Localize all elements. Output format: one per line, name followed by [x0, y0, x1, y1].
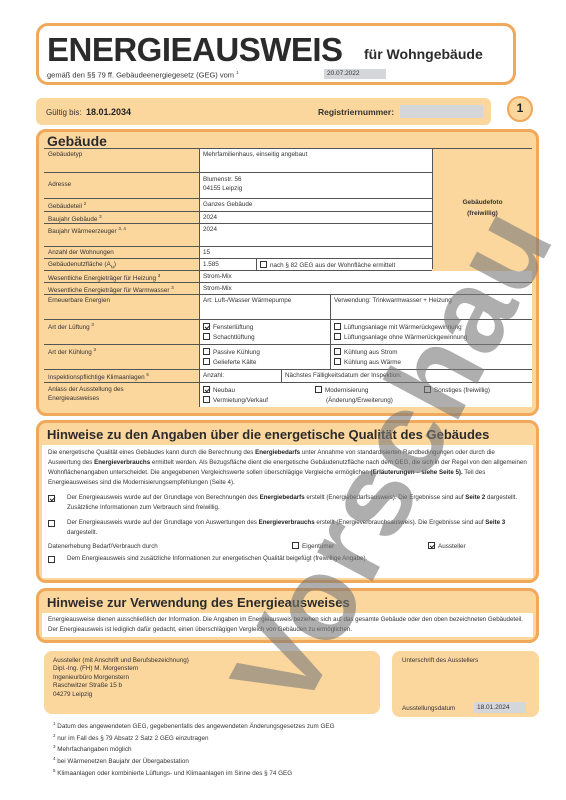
quality-hints-body: Die energetische Qualität eines Gebäudes… — [42, 445, 533, 578]
quality-hints-section: Hinweise zu den Angaben über die energet… — [36, 420, 539, 583]
law-reference: gemäß den §§ 79 ff. Gebäudeenergiegesetz… — [47, 70, 239, 80]
additional-info-checkbox[interactable] — [48, 556, 55, 563]
label-units: Anzahl der Wohnungen — [44, 247, 199, 258]
ventilation-with-recovery-option[interactable]: Lüftungsanlage mit Wärmerückgewinnung — [334, 323, 529, 333]
label-year-building: Baujahr Gebäude 3 — [44, 212, 199, 223]
document-title: ENERGIEAUSWEIS — [47, 31, 343, 69]
reason-new-building-option[interactable]: Neubau — [203, 386, 309, 396]
footnote: 2 nur im Fall des § 79 Absatz 2 Satz 2 G… — [53, 732, 335, 744]
reason-rent-sale-option[interactable]: Vermietung/Verkauf — [203, 396, 309, 406]
demand-certificate-option[interactable]: Der Energieausweis wurde auf der Grundla… — [48, 493, 527, 513]
value-year-generator[interactable]: 2024 — [199, 224, 432, 246]
label-ventilation: Art der Lüftung 3 — [44, 320, 199, 344]
issuer-line: Dipl.-Ing. (FH) M. Morgenstern — [53, 665, 371, 673]
signature-box[interactable]: Unterschrift des Ausstellers Ausstellung… — [392, 651, 539, 717]
ac-count-field[interactable]: Anzahl: — [199, 370, 281, 382]
label-address: Adresse — [44, 173, 199, 198]
valid-until-label: Gültig bis: — [46, 108, 82, 117]
value-carrier-water[interactable]: Strom-Mix — [199, 283, 532, 294]
label-building-type: Gebäudetyp — [44, 149, 199, 172]
value-year-building[interactable]: 2024 — [199, 212, 432, 223]
issuer-line: Ingenieurbüro Morgenstern — [53, 674, 371, 682]
value-carrier-heating[interactable]: Strom-Mix — [199, 271, 532, 282]
page-number-badge: 1 — [507, 96, 533, 122]
cooling-delivered-option[interactable]: Gelieferte Kälte — [203, 358, 327, 368]
issuer-line: Raschwitzer Straße 15 b — [53, 682, 371, 690]
building-section: Gebäude GebäudetypMehrfamilienhaus, eins… — [36, 129, 539, 416]
label-renewables: Erneuerbare Energien — [44, 295, 199, 319]
value-building-type[interactable]: Mehrfamilienhaus, einseitig angebaut — [199, 149, 432, 172]
value-building-part[interactable]: Ganzes Gebäude — [199, 199, 432, 211]
valid-until-value: 18.01.2034 — [86, 107, 131, 117]
building-photo-placeholder[interactable]: Gebäudefoto(freiwillig) — [432, 149, 532, 269]
consumption-certificate-option[interactable]: Der Energieausweis wurde auf der Grundla… — [48, 518, 527, 538]
issuer-label: Aussteller (mit Anschrift und Berufsbeze… — [53, 657, 371, 665]
issue-date-label: Ausstellungsdatum — [402, 705, 455, 712]
reason-other-option[interactable]: Sonstiges (freiwillig) — [424, 386, 529, 396]
label-usable-area: Gebäudenutzfläche (AN) — [44, 259, 199, 270]
label-carrier-heating: Wesentliche Energieträger für Heizung 3 — [44, 271, 199, 282]
ventilation-window-option[interactable]: Fensterlüftung — [203, 323, 327, 333]
label-issue-reason: Anlass der Ausstellung desEnergieausweis… — [44, 383, 199, 407]
ac-inspection-due-field[interactable]: Nächstes Fälligkeitsdatum der Inspektion… — [281, 370, 532, 382]
label-building-part: Gebäudeteil 2 — [44, 199, 199, 211]
value-units[interactable]: 15 — [199, 247, 432, 258]
cooling-heat-option[interactable]: Kühlung aus Wärme — [334, 358, 529, 368]
cooling-passive-option[interactable]: Passive Kühlung — [203, 348, 327, 358]
label-ac-systems: Inspektionspflichtige Klimaanlagen 5 — [44, 370, 199, 382]
law-date-field[interactable]: 20.07.2022 — [324, 69, 386, 79]
value-usable-area[interactable]: 1.585 — [199, 259, 256, 270]
footnote: 1 Datum des angewendeten GEG, gegebenenf… — [53, 720, 335, 732]
title-box: ENERGIEAUSWEIS für Wohngebäude gemäß den… — [36, 23, 516, 85]
data-by-issuer-option[interactable]: Aussteller — [428, 542, 466, 552]
section-title-building: Gebäude — [47, 133, 107, 149]
value-renewables-usage[interactable]: Verwendung: Trinkwarmwasser + Heizung — [330, 295, 532, 319]
data-collection-row: Datenerhebung Bedarf/Verbrauch durch Eig… — [48, 541, 527, 553]
area-option-checkbox[interactable] — [260, 261, 267, 268]
quality-hints-title: Hinweise zu den Angaben über die energet… — [47, 427, 489, 442]
footnote: 4 bei Wärmenetzen Baujahr der Übergabest… — [53, 755, 335, 767]
registration-label: Registriernummer: — [318, 107, 394, 117]
label-carrier-water: Wesentliche Energieträger für Warmwasser… — [44, 283, 199, 294]
label-cooling: Art der Kühlung 3 — [44, 345, 199, 369]
registration-number-field[interactable] — [400, 105, 483, 118]
issue-date-field[interactable]: 18.01.2024 — [474, 702, 526, 713]
usage-hints-title: Hinweise zur Verwendung des Energieauswe… — [47, 595, 350, 610]
value-address[interactable]: Blumenstr. 5604155 Leipzig — [199, 173, 432, 198]
signature-label: Unterschrift des Ausstellers — [402, 657, 478, 664]
issuer-line: 04279 Leipzig — [53, 691, 371, 699]
data-by-owner-option[interactable]: Eigentümer — [292, 542, 334, 552]
building-table: GebäudetypMehrfamilienhaus, einseitig an… — [44, 148, 532, 407]
demand-checkbox[interactable] — [48, 495, 55, 502]
usage-hints-section: Hinweise zur Verwendung des Energieauswe… — [36, 588, 539, 643]
value-renewables-kind[interactable]: Art: Luft-/Wasser Wärmepumpe — [199, 295, 330, 319]
consumption-checkbox[interactable] — [48, 520, 55, 527]
usage-hints-text: Energieausweise dienen ausschließlich de… — [42, 613, 533, 637]
label-year-generator: Baujahr Wärmeerzeuger 3, 4 — [44, 224, 199, 246]
footnotes: 1 Datum des angewendeten GEG, gegebenenf… — [53, 720, 335, 778]
additional-info-option[interactable]: Dem Energieausweis sind zusätzliche Info… — [48, 554, 527, 564]
reason-modernisation-option[interactable]: Modernisierung — [315, 386, 418, 396]
footnote: 3 Mehrfachangaben möglich — [53, 743, 335, 755]
document-subtitle: für Wohngebäude — [364, 46, 483, 62]
issuer-box: Aussteller (mit Anschrift und Berufsbeze… — [44, 651, 380, 714]
cooling-electric-option[interactable]: Kühlung aus Strom — [334, 348, 529, 358]
validity-bar: Gültig bis: 18.01.2034 Registriernummer: — [36, 98, 491, 125]
quality-intro-text: Die energetische Qualität eines Gebäudes… — [48, 448, 527, 488]
ventilation-without-recovery-option[interactable]: Lüftungsanlage ohne Wärmerückgewinnung — [334, 333, 529, 343]
footnote: 5 Klimaanlagen oder kombinierte Lüftungs… — [53, 767, 335, 779]
ventilation-shaft-option[interactable]: Schachtlüftung — [203, 333, 327, 343]
area-from-living-space-option[interactable]: nach § 82 GEG aus der Wohnfläche ermitte… — [256, 259, 432, 270]
